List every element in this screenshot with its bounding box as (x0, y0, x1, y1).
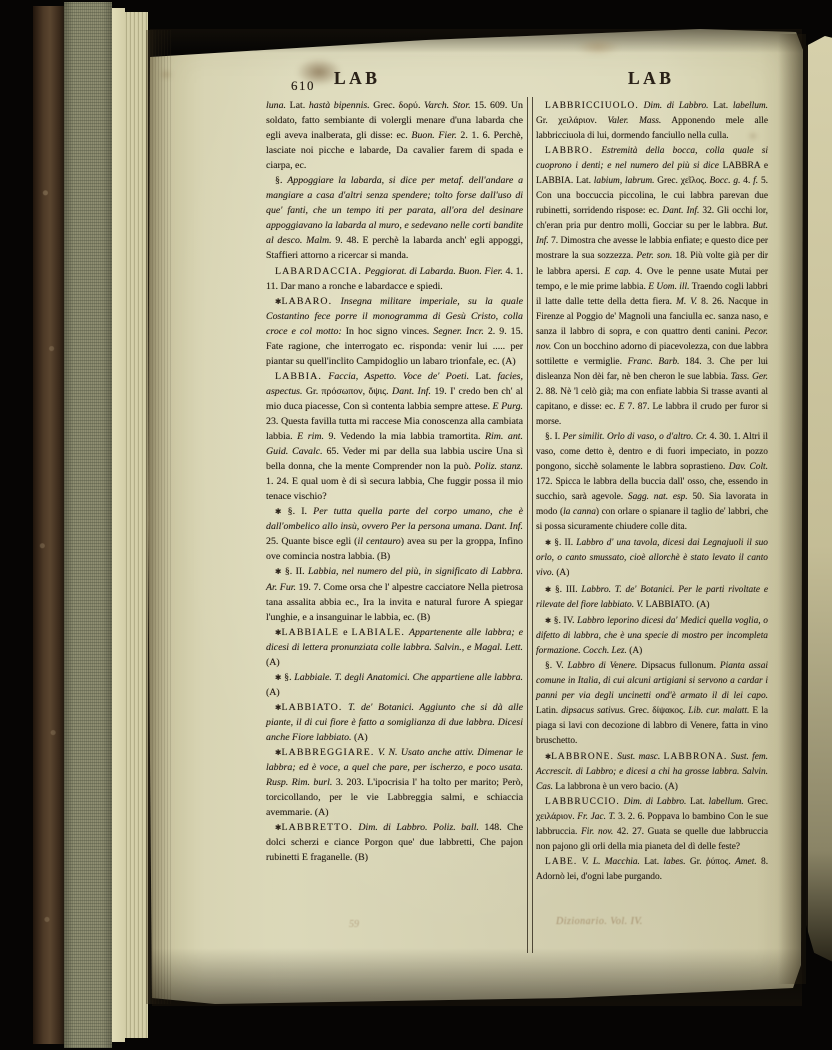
entry-paragraph: ✱LABBIATO. T. de' Botanici. Aggiunto che… (266, 700, 523, 745)
entry-paragraph: ✱ §. II. Labbro d' una tavola, dicesi da… (536, 535, 768, 581)
scanned-book-page: { "page": { "number": "610", "running_he… (0, 0, 832, 1050)
entry-paragraph: LABARDACCIA. Peggiorat. di Labarda. Buon… (266, 264, 523, 294)
running-head-right: LAB (628, 68, 674, 89)
entry-paragraph: ✱ §. Labbiale. T. degli Anatomici. Che a… (266, 670, 523, 700)
entry-paragraph: ✱ §. I. Per tutta quella parte del corpo… (266, 504, 523, 564)
entry-paragraph: §. I. Per similit. Orlo di vaso, o d'alt… (536, 430, 768, 535)
adjacent-page-edge (806, 36, 832, 962)
entry-paragraph: LABBRICCIUOLO. Dim. di Labbro. Lat. labe… (536, 99, 768, 144)
entry-paragraph: LABBRO. Estremità della bocca, colla qua… (536, 144, 768, 430)
entry-paragraph: ✱ §. IV. Labbro leporino dicesi da' Medi… (536, 613, 768, 659)
page-top-shadow (150, 29, 802, 53)
entry-paragraph: §. Appoggiare la labarda, si dice per me… (266, 173, 523, 263)
paper-stain (160, 70, 172, 79)
entry-paragraph: ✱LABBRETTO. Dim. di Labbro. Poliz. ball.… (266, 820, 523, 865)
show-through-volume-signature: Dizionario. Vol. IV. (556, 916, 643, 927)
gutter-shadow (146, 30, 172, 1004)
page-number: 610 (291, 78, 315, 94)
entry-paragraph: ✱LABBIALE e LABIALE. Appartenente alle l… (266, 625, 523, 670)
book-page-edges-highlight (112, 8, 125, 1042)
book-spine-leather (33, 6, 64, 1044)
entry-paragraph: ✱LABARO. Insegna militare imperiale, su … (266, 294, 523, 369)
page-right-shadow (778, 34, 806, 984)
entry-paragraph: §. V. Labbro di Venere. Dipsacus fullonu… (536, 659, 768, 749)
entry-paragraph: ✱LABBREGGIARE. V. N. Usato anche attiv. … (266, 745, 523, 820)
book-page-edges-speckled (64, 2, 112, 1048)
entry-paragraph: LABBRUCCIO. Dim. di Labbro. Lat. labellu… (536, 795, 768, 855)
entry-paragraph: LABE. V. L. Macchia. Lat. labes. Gr. ῥύπ… (536, 855, 768, 885)
paper-stain (576, 38, 620, 56)
page-bottom-shadow (152, 948, 802, 1006)
dictionary-column-right: LABBRICCIUOLO. Dim. di Labbro. Lat. labe… (536, 99, 768, 885)
show-through-gathering-number: 59 (349, 919, 359, 930)
running-head-left: LAB (334, 68, 380, 89)
entry-paragraph: LABBIA. Faccia, Aspetto. Voce de' Poeti.… (266, 369, 523, 504)
book-page-edges-striated (125, 12, 148, 1038)
dictionary-column-left: luna. Lat. hastà bipennis. Grec. δορύ. V… (266, 98, 523, 865)
entry-paragraph: luna. Lat. hastà bipennis. Grec. δορύ. V… (266, 98, 523, 173)
entry-paragraph: ✱LABBRONE. Sust. masc. LABBRONA. Sust. f… (536, 749, 768, 795)
entry-paragraph: ✱ §. II. Labbia, nel numero del più, in … (266, 564, 523, 624)
entry-paragraph: ✱ §. III. Labbro. T. de' Botanici. Per l… (536, 582, 768, 613)
column-divider-rule (527, 97, 533, 953)
